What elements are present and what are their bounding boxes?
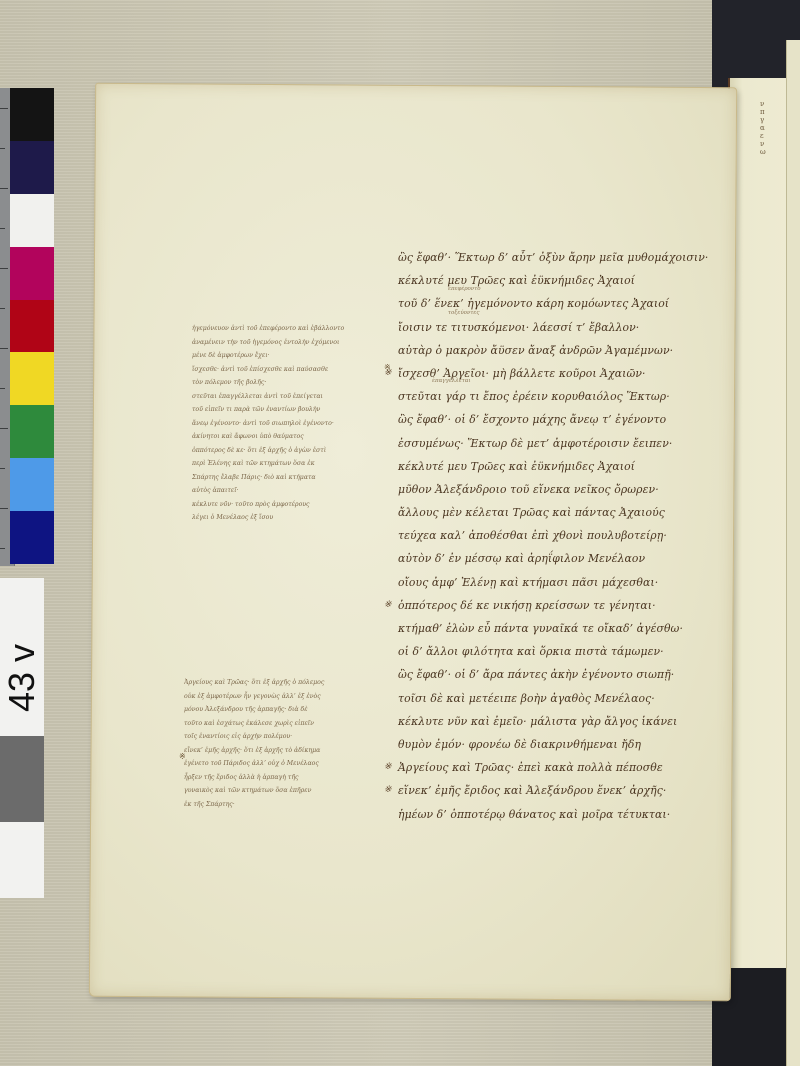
line-text: τοῖσι δὲ καὶ μετέειπε βοὴν ἀγαθὸς Μενέλα… [398, 692, 655, 705]
facing-page-fragment: ν [760, 100, 790, 108]
swatch-white [10, 194, 54, 247]
text-line: τοῖσι δὲ καὶ μετέειπε βοὴν ἀγαθὸς Μενέλα… [398, 687, 728, 710]
text-line: ※Ἀργείους καὶ Τρῶας· ἐπεὶ κακὰ πολλὰ πέπ… [398, 756, 728, 779]
line-text: ὣς ἔφαθ’· Ἕκτωρ δ’ αὖτ’ ὀξὺν ἄρην μεῖα μ… [398, 251, 708, 264]
marginal-scholia-lower: Ἀργείους καὶ Τρῶας· ὅτι ἐξ ἀρχῆς ὁ πόλεμ… [184, 676, 354, 811]
scholion-line: ἄνεῳ ἐγένοντο· ἀντὶ τοῦ σιωπηλοὶ ἐγένοντ… [192, 417, 362, 431]
facing-page-fragment: ν [760, 140, 790, 148]
scholion-line: ἐγένετο τοῦ Πάριδος ἀλλ’ οὐχ ὁ Μενέλαος [184, 757, 354, 771]
main-text-block: ὣς ἔφαθ’· Ἕκτωρ δ’ αὖτ’ ὀξὺν ἄρην μεῖα μ… [398, 246, 728, 826]
line-text: αὐτὸν δ’ ἐν μέσσῳ καὶ ἀρηΐφιλον Μενέλαον [398, 552, 645, 565]
text-line: θυμὸν ἐμόν· φρονέω δὲ διακρινθήμεναι ἤδη [398, 733, 728, 756]
facing-page [728, 78, 792, 968]
text-line: ※ἴσχεσθ’ Ἀργεῖοι· μὴ βάλλετε κοῦροι Ἀχαι… [398, 362, 728, 385]
facing-page-fragment: π [760, 108, 790, 116]
scholion-line: αὐτὸς ἀπαιτεῖ· [192, 484, 362, 498]
line-text: ὣς ἔφαθ’· οἱ δ’ ἔσχοντο μάχης ἄνεῳ τ’ ἐγ… [398, 413, 666, 426]
text-line: κέκλυτέ μευ Τρῶες καὶ ἐϋκνήμιδες Ἀχαιοί [398, 269, 728, 292]
scholion-line: Σπάρτης ἔλαβε Πάρις· διὸ καὶ κτήματα [192, 471, 362, 485]
text-line: τεύχεα καλ’ ἀποθέσθαι ἐπὶ χθονὶ πουλυβοτ… [398, 524, 728, 547]
color-calibration-strip [10, 88, 54, 564]
text-line: στεῦται γάρ τι ἔπος ἐρέειν κορυθαιόλος Ἕ… [398, 385, 728, 408]
critical-sign: ※ [384, 363, 391, 372]
critical-sign: ※ [384, 779, 392, 802]
text-line: κέκλυτε νῦν καὶ ἐμεῖο· μάλιστα γὰρ ἄλγος… [398, 710, 728, 733]
line-text: μῦθον Ἀλεξάνδροιο τοῦ εἵνεκα νεῖκος ὄρωρ… [398, 483, 659, 496]
text-line: κέκλυτέ μευ Τρῶες καὶ ἐϋκνήμιδες Ἀχαιοί [398, 455, 728, 478]
text-line: ἐσσυμένως· Ἕκτωρ δὲ μετ’ ἀμφοτέροισιν ἔε… [398, 432, 728, 455]
text-line: κτήμαθ’ ἑλὼν εὖ πάντα γυναῖκά τε οἴκαδ’ … [398, 617, 728, 640]
text-line: ὣς ἔφαθ’· Ἕκτωρ δ’ αὖτ’ ὀξὺν ἄρην μεῖα μ… [398, 246, 728, 269]
facing-page-marginalia: νπγαενω [760, 100, 790, 156]
line-text: ἄλλους μὲν κέλεται Τρῶας καὶ πάντας Ἀχαι… [398, 506, 665, 519]
facing-page-fragment: ε [760, 132, 790, 140]
scholion-line: ἀναμένειν τὴν τοῦ ἡγεμόνος ἐντολὴν ἐχόμε… [192, 336, 362, 350]
text-line: ※ὁππότερος δέ κε νικήσῃ κρείσσων τε γένη… [398, 594, 728, 617]
folio-label-card: 43 v [0, 578, 44, 898]
text-line: οἱ δ’ ἄλλοι φιλότητα καὶ ὅρκια πιστὰ τάμ… [398, 640, 728, 663]
line-text: εἵνεκ’ ἐμῆς ἔριδος καὶ Ἀλεξάνδρου ἕνεκ’ … [398, 784, 666, 797]
marginal-scholia-upper: ἡγεμόνευον ἀντὶ τοῦ ἐπεφέροντο καὶ ἐβάλλ… [192, 322, 362, 525]
scholion-line: μόνου Ἀλεξάνδρου τῆς ἁρπαγῆς· διὰ δὲ [184, 703, 354, 717]
text-line: οἴους ἀμφ’ Ἑλένῃ καὶ κτήμασι πᾶσι μάχεσθ… [398, 571, 728, 594]
line-text: τεύχεα καλ’ ἀποθέσθαι ἐπὶ χθονὶ πουλυβοτ… [398, 529, 667, 542]
line-text: κέκλυτε νῦν καὶ ἐμεῖο· μάλιστα γὰρ ἄλγος… [398, 715, 677, 728]
text-line: τοῦ δ’ ἕνεκ’ ἠγεμόνοντο κάρη κομόωντες Ἀ… [398, 292, 728, 315]
scholion-line: οὐκ ἐξ ἀμφοτέρων ἦν γεγονὼς ἀλλ’ ἐξ ἑνὸς [184, 690, 354, 704]
scholion-line: ἦρξεν τῆς ἔριδος ἀλλὰ ἡ ἁρπαγὴ τῆς [184, 771, 354, 785]
scholion-line: τοῖς ἐναντίοις εἰς ἀρχὴν πολέμου· [184, 730, 354, 744]
scholion-line: μένε δὲ ἀμφοτέρων ἔχει· [192, 349, 362, 363]
text-line: μῦθον Ἀλεξάνδροιο τοῦ εἵνεκα νεῖκος ὄρωρ… [398, 478, 728, 501]
swatch-magenta [10, 247, 54, 300]
line-text: κέκλυτέ μευ Τρῶες καὶ ἐϋκνήμιδες Ἀχαιοί [398, 274, 635, 287]
text-line: αὐτὸν δ’ ἐν μέσσῳ καὶ ἀρηΐφιλον Μενέλαον [398, 547, 728, 570]
scholion-line: ἡγεμόνευον ἀντὶ τοῦ ἐπεφέροντο καὶ ἐβάλλ… [192, 322, 362, 336]
critical-sign: ※ [179, 752, 186, 761]
text-line: ἄλλους μὲν κέλεται Τρῶας καὶ πάντας Ἀχαι… [398, 501, 728, 524]
scholion-line: ἐκ τῆς Σπάρτης· [184, 798, 354, 812]
line-text: ὣς ἔφαθ’· οἱ δ’ ἄρα πάντες ἀκὴν ἐγένοντο… [398, 668, 674, 681]
scholion-line: ἀκίνητοι καὶ ἄφωνοι ὑπὸ θαύματος [192, 430, 362, 444]
facing-page-edge [786, 40, 800, 1066]
scholion-line: γυναικὸς καὶ τῶν κτημάτων ὅσα ἐπῆρεν [184, 784, 354, 798]
line-text: οἱ δ’ ἄλλοι φιλότητα καὶ ὅρκια πιστὰ τάμ… [398, 645, 664, 658]
line-text: τοῦ δ’ ἕνεκ’ ἠγεμόνοντο κάρη κομόωντες Ἀ… [398, 297, 669, 310]
folio-number: 43 v [2, 608, 42, 748]
scholion-line: τοῦτο καὶ ἐσχάτως ἐκάλεσε χωρὶς εἰπεῖν [184, 717, 354, 731]
text-line: ὣς ἔφαθ’· οἱ δ’ ἔσχοντο μάχης ἄνεῳ τ’ ἐγ… [398, 408, 728, 431]
swatch-yellow [10, 352, 54, 405]
line-text: Ἀργείους καὶ Τρῶας· ἐπεὶ κακὰ πολλὰ πέπο… [398, 761, 663, 774]
swatch-black [10, 88, 54, 141]
line-text: θυμὸν ἐμόν· φρονέω δὲ διακρινθήμεναι ἤδη [398, 738, 641, 751]
swatch-red [10, 300, 54, 353]
line-text: αὐτὰρ ὁ μακρὸν ἄϋσεν ἄναξ ἀνδρῶν Ἀγαμέμν… [398, 344, 673, 357]
scholion-line: κέκλυτε νῦν· τοῦτο πρὸς ἀμφοτέρους [192, 498, 362, 512]
scholion-line: εἵνεκ’ ἐμῆς ἀρχῆς· ὅτι ἐξ ἀρχῆς τὸ ἀδίκη… [184, 744, 354, 758]
line-text: ἴσχεσθ’ Ἀργεῖοι· μὴ βάλλετε κοῦροι Ἀχαιῶ… [398, 367, 646, 380]
facing-page-fragment: α [760, 124, 790, 132]
scholion-line: ὁππότερος δὲ κε· ὅτι ἐξ ἀρχῆς ὁ ἀγὼν ἐστ… [192, 444, 362, 458]
scholion-line: περὶ Ἑλένης καὶ τῶν κτημάτων ὅσα ἐκ [192, 457, 362, 471]
line-text: ἐσσυμένως· Ἕκτωρ δὲ μετ’ ἀμφοτέροισιν ἔε… [398, 437, 672, 450]
critical-sign: ※ [384, 756, 392, 779]
scholion-line: ἴσχεσθε· ἀντὶ τοῦ ἐπίσχεσθε καὶ παύσασθε [192, 363, 362, 377]
line-text: ἡμέων δ’ ὁπποτέρῳ θάνατος καὶ μοῖρα τέτυ… [398, 808, 670, 821]
text-line: ※εἵνεκ’ ἐμῆς ἔριδος καὶ Ἀλεξάνδρου ἕνεκ’… [398, 779, 728, 802]
facing-page-fragment: ω [760, 148, 790, 156]
line-text: κέκλυτέ μευ Τρῶες καὶ ἐϋκνήμιδες Ἀχαιοί [398, 460, 635, 473]
line-text: ἴοισιν τε τιτυσκόμενοι· λάεσσί τ’ ἔβαλλο… [398, 321, 639, 334]
text-line: ἡμέων δ’ ὁπποτέρῳ θάνατος καὶ μοῖρα τέτυ… [398, 803, 728, 826]
text-line: ὣς ἔφαθ’· οἱ δ’ ἄρα πάντες ἀκὴν ἐγένοντο… [398, 663, 728, 686]
swatch-green [10, 405, 54, 458]
facing-page-fragment: γ [760, 116, 790, 124]
scholion-line: τὸν πόλεμον τῆς βολῆς· [192, 376, 362, 390]
text-line: ἴοισιν τε τιτυσκόμενοι· λάεσσί τ’ ἔβαλλο… [398, 316, 728, 339]
scholion-line: λέγει ὁ Μενέλαος ἐξ ἴσου [192, 511, 362, 525]
scholion-line: τοῦ εἰπεῖν τι παρὰ τῶν ἐναντίων βουλὴν [192, 403, 362, 417]
critical-sign: ※ [384, 594, 392, 617]
text-line: αὐτὰρ ὁ μακρὸν ἄϋσεν ἄναξ ἀνδρῶν Ἀγαμέμν… [398, 339, 728, 362]
line-text: ὁππότερος δέ κε νικήσῃ κρείσσων τε γένητ… [398, 599, 656, 612]
swatch-dark-blue [10, 141, 54, 194]
grey-reference-band [0, 736, 44, 822]
swatch-navy [10, 511, 54, 564]
scholion-line: Ἀργείους καὶ Τρῶας· ὅτι ἐξ ἀρχῆς ὁ πόλεμ… [184, 676, 354, 690]
swatch-light-blue [10, 458, 54, 511]
line-text: στεῦται γάρ τι ἔπος ἐρέειν κορυθαιόλος Ἕ… [398, 390, 670, 403]
scholion-line: στεῦται ἐπαγγέλλεται ἀντὶ τοῦ ἐπείγεται [192, 390, 362, 404]
line-text: κτήμαθ’ ἑλὼν εὖ πάντα γυναῖκά τε οἴκαδ’ … [398, 622, 683, 635]
line-text: οἴους ἀμφ’ Ἑλένῃ καὶ κτήμασι πᾶσι μάχεσθ… [398, 576, 658, 589]
